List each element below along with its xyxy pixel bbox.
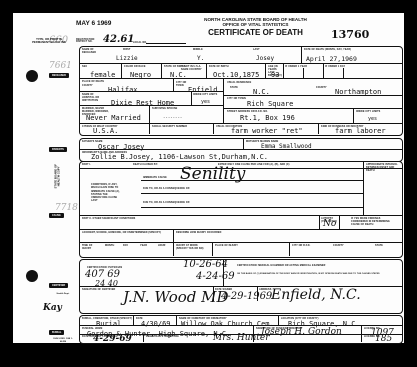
binder-hole (26, 270, 38, 282)
certificate-number: 13760 (331, 28, 369, 41)
date-signed: 4-29-1969 (221, 291, 272, 302)
attended-to: 4-24-69 (196, 271, 235, 282)
industry: farm laborer (335, 127, 386, 135)
autopsy: No (323, 219, 336, 229)
section-tab-parents: PARENTS (49, 147, 67, 152)
certifier-note: Health Dept. (51, 293, 75, 296)
clerk-initials: Kay (43, 303, 62, 313)
certifier-address: Enfield, N.C. (271, 287, 361, 303)
registration-label: REGISTRATION DISTRICT NO. (76, 39, 98, 43)
death-certificate: MAY 6 1969 660 REGISTRATION DISTRICT NO.… (13, 13, 404, 343)
pencil-note: 7718 (55, 203, 78, 213)
informant: Zollie B.Josey, 1106-Lawson St,Durham,N.… (91, 153, 268, 161)
registrar-license: 185 (375, 334, 392, 344)
registration-district: 42.61 (103, 34, 134, 45)
marital-status: Never Married (86, 114, 141, 122)
registrar-signature: Mrs. Hunter (213, 333, 270, 343)
attended-from: 10-26-64 (183, 259, 228, 270)
section-tab-cause: CAUSE (49, 213, 64, 218)
residence-inside-city: yes (368, 116, 377, 122)
date-received: 4-29-69 (93, 334, 132, 344)
binder-hole (26, 70, 38, 82)
form-code: DHS 9 REV. 1/68 1-68-5M (53, 338, 73, 345)
occupation: farm worker "ret" (231, 127, 303, 135)
date-of-death: April 27,1969 (306, 55, 357, 63)
surviving-spouse: -------- (163, 115, 182, 120)
funeral-director-signature: Joseph H. Gordon (261, 327, 342, 337)
last-name: Josey (256, 55, 274, 62)
middle-name: Y. (197, 55, 204, 62)
issuing-authority: NORTH CAROLINA STATE BOARD OF HEALTH OFF… (198, 17, 313, 38)
citizenship: U.S.A. (93, 127, 118, 135)
local-no-label: LOCAL NO. (133, 41, 147, 44)
copy-designation: STATE BOARD OF HEALTH COPY (55, 161, 62, 191)
first-name: Lizzie (116, 55, 138, 62)
section-tab-burial: BURIAL (49, 330, 64, 335)
residence-city: Rich Square (247, 100, 293, 108)
immediate-cause: Senility (180, 164, 245, 184)
ink-instruction: TYPE, OR PRINT IN PERMANENT BLACK INK (29, 38, 69, 45)
death-county: Halifax (108, 86, 138, 94)
certificate-title: CERTIFICATE OF DEATH (198, 28, 313, 38)
section-tab-certifier: CERTIFIER (49, 283, 68, 288)
received-date-stamp: MAY 6 1969 (76, 20, 111, 27)
pencil-note: 7661 (49, 61, 72, 71)
burial-date: 4/30/69 (141, 320, 171, 328)
section-tab-deceased: DECEASED (49, 73, 69, 78)
residence-street: Rt.1, Box 196 (240, 114, 295, 122)
